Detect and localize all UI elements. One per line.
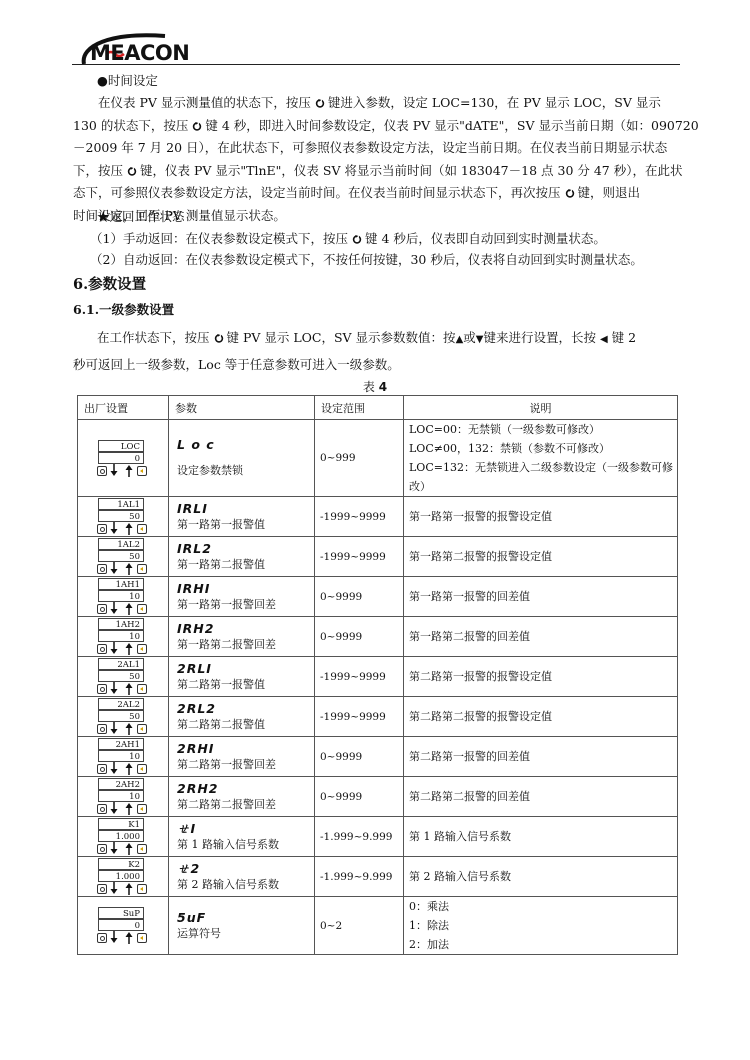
key-row (97, 843, 147, 855)
desc-cell: 第二路第二报警的报警设定值 (404, 697, 678, 737)
rotate-key-icon (127, 166, 137, 176)
arrow-down-icon (110, 931, 118, 944)
param-code: 2RLI (177, 661, 314, 677)
display-pv: 1AL1 (98, 498, 144, 510)
display-pv: K1 (98, 818, 144, 830)
back-key-icon (137, 604, 147, 614)
param-cell: IRL2 第一路第二报警值 (169, 537, 315, 577)
set-key-icon (97, 564, 107, 574)
factory-display: 2AH1 10 (78, 737, 162, 776)
factory-display-cell: K2 1.000 (78, 857, 169, 897)
param-name: 第一路第一报警回差 (177, 597, 314, 613)
desc-cell: 第一路第二报警的回差值 (404, 617, 678, 657)
rotate-key-icon (352, 234, 362, 244)
display-sv: 10 (98, 590, 144, 602)
factory-display-cell: 2AL2 50 (78, 697, 169, 737)
arrow-up-icon (125, 802, 133, 815)
key-row (97, 563, 147, 575)
factory-display-cell: 1AH2 10 (78, 617, 169, 657)
arrow-down-icon (110, 842, 118, 855)
factory-display: K1 1.000 (78, 817, 162, 856)
param-name: 设定参数禁锁 (177, 463, 314, 479)
desc-cell: 第一路第一报警的报警设定值 (404, 497, 678, 537)
arrow-down-icon (110, 464, 118, 477)
display-pv: 1AH1 (98, 578, 144, 590)
key-row (97, 643, 147, 655)
set-key-icon (97, 764, 107, 774)
rotate-key-icon (192, 121, 202, 131)
meacon-logo: MEACON (70, 28, 210, 66)
param-code: 2RHI (177, 741, 314, 757)
table-row: 1AL2 50 IRL2 第一路第二报警值 -1999~9999 第一路第二报警… (78, 537, 678, 577)
arrow-up-icon (125, 602, 133, 615)
desc-line: LOC≠00，132：禁锁（参数不可修改） (409, 439, 677, 458)
para-line-1: 在仪表 PV 显示测量值的状态下，按压键进入参数，设定 LOC=130，在 PV… (73, 92, 679, 115)
table-row: K2 1.000 ㄝ2 第 2 路输入信号系数 -1.999~9.999 第 2… (78, 857, 678, 897)
desc-line: 第二路第二报警的报警设定值 (409, 707, 677, 726)
desc-line: 第二路第二报警的回差值 (409, 787, 677, 806)
arrow-up-icon (125, 464, 133, 477)
range-cell: -1999~9999 (315, 697, 404, 737)
set-key-icon (97, 884, 107, 894)
param-name: 第一路第二报警回差 (177, 637, 314, 653)
para-line-2: 130 的状态下，按压键 4 秒，即进入时间参数设定，仪表 PV 显示"dATE… (73, 115, 679, 138)
header-desc: 说明 (404, 396, 678, 420)
range-cell: 0~9999 (315, 737, 404, 777)
desc-line: 2：加法 (409, 935, 677, 954)
set-key-icon (97, 644, 107, 654)
back-key-icon (137, 466, 147, 476)
display-sv: 0 (98, 452, 144, 464)
back-key-icon (137, 684, 147, 694)
param-code: 5uF (177, 910, 314, 926)
display-pv: 2AL2 (98, 698, 144, 710)
set-key-icon (97, 466, 107, 476)
arrow-down-icon (110, 562, 118, 575)
factory-display: 1AH1 10 (78, 577, 162, 616)
set-key-icon (97, 933, 107, 943)
key-row (97, 523, 147, 535)
param-cell: ㄝ2 第 2 路输入信号系数 (169, 857, 315, 897)
factory-display: K2 1.000 (78, 857, 162, 896)
table-caption: 表 4 (0, 378, 750, 395)
arrow-up-icon (125, 562, 133, 575)
key-row (97, 763, 147, 775)
display-sv: 1.000 (98, 870, 144, 882)
table-row: LOC 0 L o c 设定参数禁锁 0~999 LOC=00：无禁锁（一级参数… (78, 420, 678, 497)
range-cell: 0~9999 (315, 777, 404, 817)
desc-line: 第一路第一报警的回差值 (409, 587, 677, 606)
arrow-down-icon (110, 642, 118, 655)
factory-display: 1AH2 10 (78, 617, 162, 656)
desc-line: 第二路第一报警的回差值 (409, 747, 677, 766)
desc-cell: 第二路第二报警的回差值 (404, 777, 678, 817)
factory-display-cell: 2AH2 10 (78, 777, 169, 817)
table-row: 2AH2 10 2RH2 第二路第二报警回差 0~9999 第二路第二报警的回差… (78, 777, 678, 817)
header-factory: 出厂设置 (78, 396, 169, 420)
rotate-key-icon (214, 333, 224, 343)
display-pv: SuP (98, 907, 144, 919)
range-cell: -1.999~9.999 (315, 857, 404, 897)
display-sv: 1.000 (98, 830, 144, 842)
display-pv: 1AL2 (98, 538, 144, 550)
range-cell: -1999~9999 (315, 537, 404, 577)
rotate-key-icon (315, 98, 325, 108)
back-key-icon (137, 804, 147, 814)
key-row (97, 723, 147, 735)
display-sv: 50 (98, 670, 144, 682)
desc-cell: 第一路第二报警的报警设定值 (404, 537, 678, 577)
arrow-down-icon (110, 722, 118, 735)
display-pv: 2AH1 (98, 738, 144, 750)
factory-display-cell: 1AL2 50 (78, 537, 169, 577)
display-pv: LOC (98, 440, 144, 452)
table-row: 1AH1 10 IRHI 第一路第一报警回差 0~9999 第一路第一报警的回差… (78, 577, 678, 617)
factory-display: 2AH2 10 (78, 777, 162, 816)
display-pv: 1AH2 (98, 618, 144, 630)
section-title: 6.参数设置 (73, 273, 146, 294)
param-cell: 2RHI 第二路第一报警回差 (169, 737, 315, 777)
subsection-title: 6.1.一级参数设置 (73, 300, 174, 318)
desc-line: 第一路第二报警的报警设定值 (409, 547, 677, 566)
desc-cell: 第 1 路输入信号系数 (404, 817, 678, 857)
arrow-down-icon (110, 522, 118, 535)
range-cell: -1.999~9.999 (315, 817, 404, 857)
table-row: SuP 0 5uF 运算符号 0~2 0：乘法1：除法2：加法 (78, 897, 678, 955)
header-param: 参数 (169, 396, 315, 420)
back-key-icon (137, 764, 147, 774)
back-key-icon (137, 884, 147, 894)
arrow-down-icon (110, 882, 118, 895)
range-cell: 0~2 (315, 897, 404, 955)
param-cell: IRLI 第一路第一报警值 (169, 497, 315, 537)
display-sv: 50 (98, 550, 144, 562)
desc-cell: LOC=00：无禁锁（一级参数可修改）LOC≠00，132：禁锁（参数不可修改）… (404, 420, 678, 497)
desc-line: 0：乘法 (409, 897, 677, 916)
factory-display-cell: 2AH1 10 (78, 737, 169, 777)
desc-cell: 第二路第一报警的回差值 (404, 737, 678, 777)
para-line-5: 态下，可参照仪表参数设定方法，设定当前时间。在仪表当前时间显示状态下，再次按压键… (73, 182, 679, 205)
left-triangle-icon: ◀ (600, 334, 608, 345)
param-name: 第二路第一报警值 (177, 677, 314, 693)
factory-display: LOC 0 (78, 439, 162, 478)
back-key-icon (137, 564, 147, 574)
range-cell: 0~9999 (315, 577, 404, 617)
arrow-down-icon (110, 802, 118, 815)
param-name: 第 1 路输入信号系数 (177, 837, 314, 853)
key-row (97, 465, 147, 477)
factory-display: 2AL1 50 (78, 657, 162, 696)
table-row: 2AH1 10 2RHI 第二路第一报警回差 0~9999 第二路第一报警的回差… (78, 737, 678, 777)
display-sv: 10 (98, 790, 144, 802)
desc-line: LOC=132：无禁锁进入二级参数设定（一级参数可修改） (409, 458, 677, 496)
arrow-up-icon (125, 882, 133, 895)
range-cell: 0~9999 (315, 617, 404, 657)
logo-text: MEACON (90, 41, 189, 65)
factory-display: 1AL2 50 (78, 537, 162, 576)
desc-line: 第 2 路输入信号系数 (409, 867, 677, 886)
param-code: IRL2 (177, 541, 314, 557)
arrow-up-icon (125, 842, 133, 855)
param-cell: 2RH2 第二路第二报警回差 (169, 777, 315, 817)
range-cell: -1999~9999 (315, 657, 404, 697)
display-sv: 10 (98, 750, 144, 762)
param-cell: IRH2 第一路第二报警回差 (169, 617, 315, 657)
document-page: MEACON ●时间设定 在仪表 PV 显示测量值的状态下，按压键进入参数，设定… (0, 0, 750, 1060)
param-code: IRH2 (177, 621, 314, 637)
back-key-icon (137, 844, 147, 854)
factory-display: 1AL1 50 (78, 497, 162, 536)
param-name: 运算符号 (177, 926, 314, 942)
param-name: 第一路第二报警值 (177, 557, 314, 573)
display-sv: 0 (98, 919, 144, 931)
arrow-up-icon (125, 722, 133, 735)
param-name: 第 2 路输入信号系数 (177, 877, 314, 893)
desc-line: LOC=00：无禁锁（一级参数可修改） (409, 420, 677, 439)
factory-display-cell: K1 1.000 (78, 817, 169, 857)
back-key-icon (137, 724, 147, 734)
manual-return-text: （1）手动返回：在仪表参数设定模式下，按压键 4 秒后，仪表即自动回到实时测量状… (90, 228, 696, 251)
factory-display-cell: LOC 0 (78, 420, 169, 497)
desc-cell: 0：乘法1：除法2：加法 (404, 897, 678, 955)
para-line-3: －2009 年 7 月 20 日），在此状态下，可参照仪表参数设定方法，设定当前… (73, 137, 679, 160)
key-row (97, 803, 147, 815)
desc-line: 第 1 路输入信号系数 (409, 827, 677, 846)
key-row (97, 932, 147, 944)
table-row: 1AL1 50 IRLI 第一路第一报警值 -1999~9999 第一路第一报警… (78, 497, 678, 537)
table-row: K1 1.000 ㄝI 第 1 路输入信号系数 -1.999~9.999 第 1… (78, 817, 678, 857)
param-code: 2RL2 (177, 701, 314, 717)
return-state-title: ★返回工作状态 (97, 206, 703, 229)
time-setting-title: ●时间设定 (97, 70, 703, 93)
table-row: 2AL2 50 2RL2 第二路第二报警值 -1999~9999 第二路第二报警… (78, 697, 678, 737)
param-cell: 2RLI 第二路第一报警值 (169, 657, 315, 697)
table-row: 2AL1 50 2RLI 第二路第一报警值 -1999~9999 第二路第一报警… (78, 657, 678, 697)
arrow-down-icon (110, 682, 118, 695)
arrow-down-icon (110, 762, 118, 775)
range-cell: -1999~9999 (315, 497, 404, 537)
param-name: 第一路第一报警值 (177, 517, 314, 533)
set-key-icon (97, 684, 107, 694)
param-name: 第二路第二报警回差 (177, 797, 314, 813)
arrow-up-icon (125, 682, 133, 695)
param-name: 第二路第一报警回差 (177, 757, 314, 773)
rotate-key-icon (565, 188, 575, 198)
set-key-icon (97, 604, 107, 614)
desc-cell: 第 2 路输入信号系数 (404, 857, 678, 897)
param-cell: 5uF 运算符号 (169, 897, 315, 955)
param-name: 第二路第二报警值 (177, 717, 314, 733)
arrow-down-icon (110, 602, 118, 615)
set-key-icon (97, 804, 107, 814)
arrow-up-icon (125, 931, 133, 944)
arrow-up-icon (125, 762, 133, 775)
param-code: 2RH2 (177, 781, 314, 797)
display-sv: 50 (98, 510, 144, 522)
param-code: IRHI (177, 581, 314, 597)
desc-cell: 第一路第一报警的回差值 (404, 577, 678, 617)
back-key-icon (137, 524, 147, 534)
table-header-row: 出厂设置 参数 设定范围 说明 (78, 396, 678, 420)
display-pv: K2 (98, 858, 144, 870)
set-key-icon (97, 724, 107, 734)
desc-line: 第二路第一报警的报警设定值 (409, 667, 677, 686)
intro-line-1: 在工作状态下，按压键 PV 显示 LOC，SV 显示参数数值：按▲或▼键来进行设… (97, 327, 703, 352)
parameter-table: 出厂设置 参数 设定范围 说明 LOC 0 L o c 设定参数禁锁 (77, 395, 678, 955)
param-cell: IRHI 第一路第一报警回差 (169, 577, 315, 617)
desc-line: 第一路第二报警的回差值 (409, 627, 677, 646)
display-pv: 2AL1 (98, 658, 144, 670)
desc-line: 第一路第一报警的报警设定值 (409, 507, 677, 526)
factory-display-cell: 2AL1 50 (78, 657, 169, 697)
key-row (97, 603, 147, 615)
set-key-icon (97, 524, 107, 534)
para-line-4: 下，按压键，仪表 PV 显示"TlnE"，仪表 SV 将显示当前时间（如 183… (73, 160, 679, 183)
param-cell: 2RL2 第二路第二报警值 (169, 697, 315, 737)
header-range: 设定范围 (315, 396, 404, 420)
back-key-icon (137, 644, 147, 654)
key-row (97, 883, 147, 895)
param-cell: ㄝI 第 1 路输入信号系数 (169, 817, 315, 857)
arrow-up-icon (125, 642, 133, 655)
factory-display: 2AL2 50 (78, 697, 162, 736)
param-code: ㄝI (177, 821, 314, 837)
auto-return-text: （2）自动返回：在仪表参数设定模式下，不按任何按键，30 秒后，仪表将自动回到实… (90, 249, 696, 272)
desc-line: 1：除法 (409, 916, 677, 935)
param-cell: L o c 设定参数禁锁 (169, 420, 315, 497)
display-sv: 50 (98, 710, 144, 722)
arrow-up-icon (125, 522, 133, 535)
factory-display-cell: SuP 0 (78, 897, 169, 955)
header-divider (72, 64, 680, 65)
back-key-icon (137, 933, 147, 943)
table-row: 1AH2 10 IRH2 第一路第二报警回差 0~9999 第一路第二报警的回差… (78, 617, 678, 657)
desc-cell: 第二路第一报警的报警设定值 (404, 657, 678, 697)
factory-display-cell: 1AL1 50 (78, 497, 169, 537)
display-sv: 10 (98, 630, 144, 642)
set-key-icon (97, 844, 107, 854)
intro-line-2: 秒可返回上一级参数，Loc 等于任意参数可进入一级参数。 (73, 354, 679, 377)
display-pv: 2AH2 (98, 778, 144, 790)
param-code: L o c (177, 437, 314, 453)
range-cell: 0~999 (315, 420, 404, 497)
param-code: ㄝ2 (177, 861, 314, 877)
param-code: IRLI (177, 501, 314, 517)
factory-display: SuP 0 (78, 906, 162, 945)
factory-display-cell: 1AH1 10 (78, 577, 169, 617)
key-row (97, 683, 147, 695)
